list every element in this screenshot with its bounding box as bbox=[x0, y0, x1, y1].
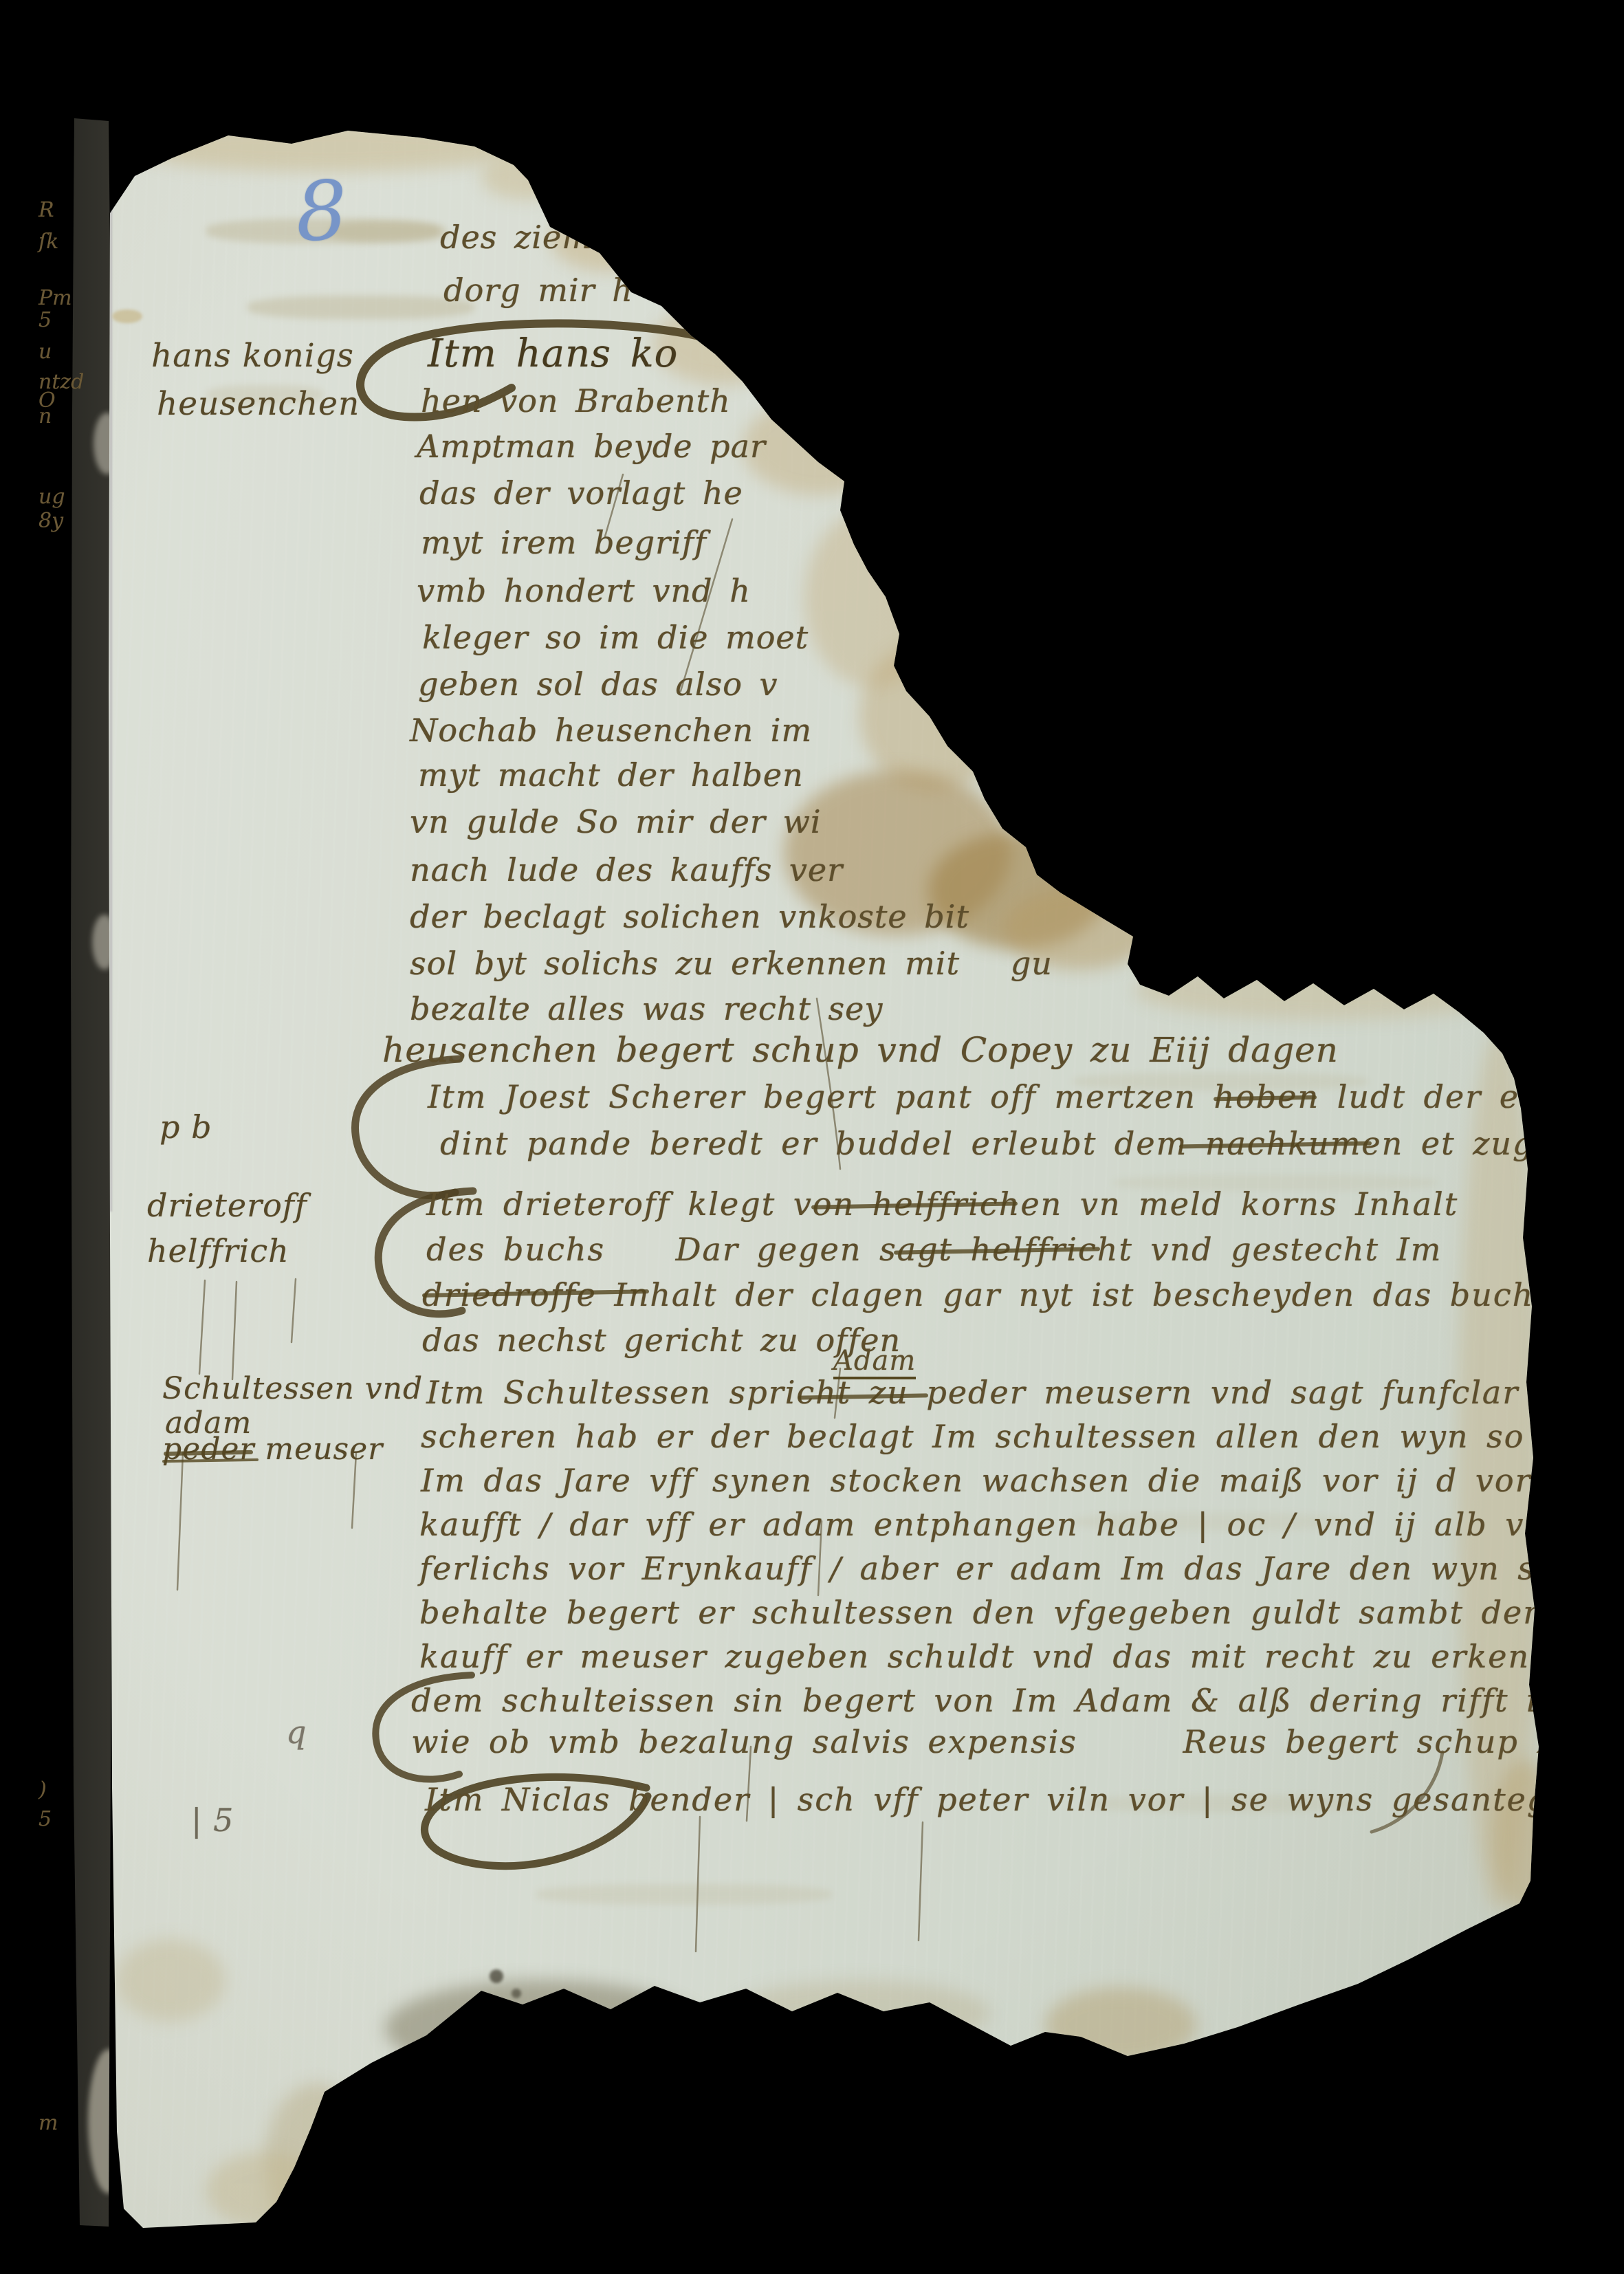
text-line: vn gulde So mir der wi bbox=[410, 803, 821, 840]
text-line: vmb hondert vnd h bbox=[417, 572, 751, 609]
text-line: Im das Jare vff synen stocken wachsen di… bbox=[421, 1462, 1531, 1499]
pen-hairline bbox=[232, 1282, 237, 1379]
text-line: Amptman beyde par bbox=[417, 428, 766, 465]
text-line: dorg mir h bbox=[443, 272, 633, 309]
margin-note: q bbox=[286, 1714, 307, 1751]
text-line: Itm Schultessen spricht zu peder meusern… bbox=[426, 1374, 1593, 1411]
text-line: bezalte alles was recht sey bbox=[410, 990, 883, 1027]
gutter-text-fragment: 5 bbox=[39, 308, 87, 332]
margin-note: drieteroff bbox=[147, 1187, 307, 1224]
text-line: Itm Joest Scherer begert pant off mertze… bbox=[428, 1078, 1568, 1115]
pen-hairline bbox=[199, 1280, 205, 1374]
text-line: der beclagt solichen vnkoste bit bbox=[410, 898, 969, 935]
text-line: geben sol das also v bbox=[418, 666, 778, 703]
text-line: des ziem bbox=[440, 219, 593, 256]
photo-background: R ſk Pm 5 u ntzd O n ug 8y ) 5 m bbox=[0, 0, 1624, 2274]
text-line: kauff er meuser zugeben schuldt vnd das … bbox=[419, 1638, 1594, 1675]
text-line: Itm hans ko bbox=[428, 331, 678, 376]
gutter-text-fragment: ) bbox=[39, 1778, 87, 1802]
margin-note: helffrich bbox=[147, 1232, 289, 1269]
gutter-text-fragment: u bbox=[39, 340, 87, 364]
text-line: nach lude des kauffs ver bbox=[410, 851, 843, 888]
margin-note: | 5 bbox=[191, 1802, 234, 1839]
gutter-text-fragment: 8y bbox=[39, 509, 87, 533]
text-line: das der vorlagt he bbox=[419, 474, 743, 512]
margin-note: hans konigs bbox=[151, 337, 354, 375]
pen-hairline bbox=[177, 1452, 183, 1590]
gutter-text-fragment: m bbox=[39, 2111, 87, 2135]
text-line: scheren hab er der beclagt Im schultesse… bbox=[421, 1418, 1524, 1455]
gutter-text-fragment: Pm bbox=[39, 286, 87, 310]
text-line: myt irem begriff bbox=[421, 524, 707, 561]
text-line: wie ob vmb bezalung salvis expensis Reus… bbox=[411, 1723, 1624, 1760]
text-line: myt macht der halben bbox=[418, 756, 804, 794]
text-line: heusenchen begert schup vnd Copey zu Eii… bbox=[382, 1030, 1339, 1070]
text-line: sol byt solichs zu erkennen mit gu bbox=[410, 945, 1053, 982]
text-line: kaufft / dar vff er adam entphangen habe… bbox=[419, 1506, 1588, 1543]
margin-note: heusenchen bbox=[157, 385, 360, 423]
text-line: kleger so im die moet bbox=[422, 619, 809, 656]
gutter-text-fragment: 5 bbox=[39, 1807, 87, 1831]
pen-hairline bbox=[292, 1279, 296, 1342]
text-line: hen von Brabenth bbox=[421, 382, 731, 419]
text-line: Itm Niclas bender | sch vff peter viln v… bbox=[425, 1781, 1624, 1818]
text-line: Nochab heusenchen im bbox=[410, 712, 812, 749]
text-line: driedroffe Inhalt der clagen gar nyt ist… bbox=[422, 1276, 1594, 1313]
text-line: dem schulteissen sin begert von Im Adam … bbox=[411, 1682, 1570, 1719]
margin-note: Schultessen vnd bbox=[162, 1371, 423, 1406]
gutter-text-fragment: n bbox=[39, 404, 87, 428]
margin-note: p b bbox=[160, 1108, 212, 1146]
text-line: das nechst gericht zu offen bbox=[422, 1322, 901, 1359]
pen-hairline bbox=[696, 1817, 700, 1952]
manuscript-page: 8 des ziem dorg mir h hans konigs heusen… bbox=[0, 0, 1624, 2274]
pen-hairline bbox=[919, 1822, 923, 1940]
page-number: 8 bbox=[293, 162, 349, 260]
text-line: behalte begert er schultessen den vfgege… bbox=[419, 1594, 1624, 1631]
gutter-text-fragment: ug bbox=[39, 485, 87, 509]
gutter-text-fragment: ſk bbox=[39, 230, 87, 254]
gutter-text-fragment: R bbox=[39, 198, 87, 222]
text-line: ferlichs vor Erynkauff / aber er adam Im… bbox=[419, 1550, 1620, 1587]
